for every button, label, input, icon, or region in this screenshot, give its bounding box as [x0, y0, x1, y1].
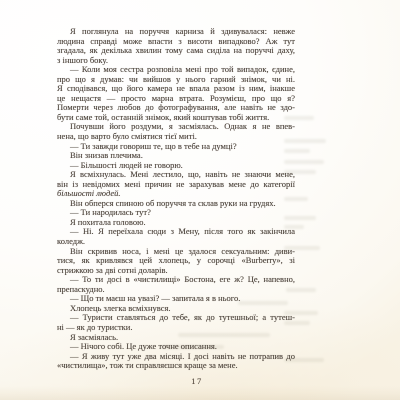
page-text: Я поглянула на поруччя карниза й здивува…	[57, 27, 295, 371]
text-line: «чистилища», тож ти справляєшся краще за…	[57, 361, 295, 371]
book-page: Я поглянула на поруччя карниза й здивува…	[0, 0, 400, 400]
page-edge-shading	[0, 386, 400, 400]
text-line: — Ні. Я переїхала сюди з Мену, після тог…	[57, 227, 295, 237]
page-number: 17	[0, 376, 394, 386]
